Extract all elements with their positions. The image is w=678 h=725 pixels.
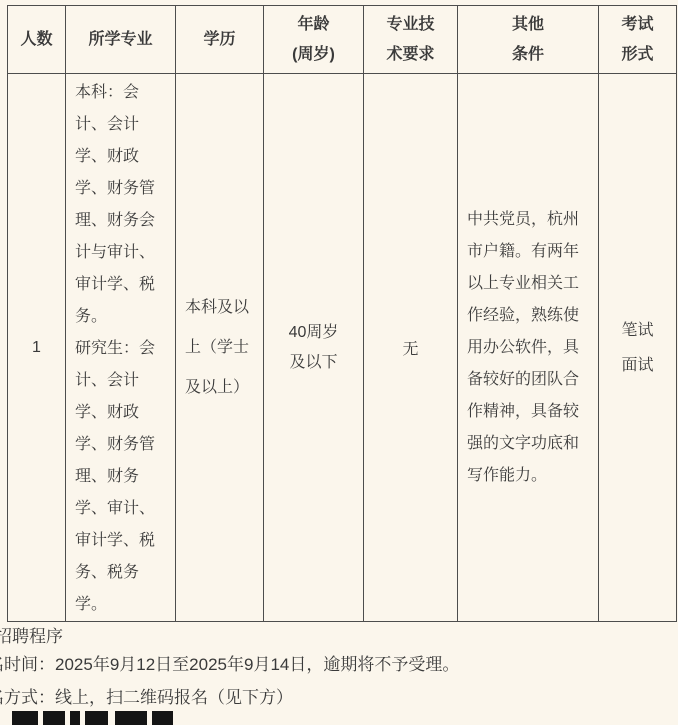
cell-other-conditions: 中共党员，杭州 市户籍。有两年 以上专业相关工 作经验，熟练使 用办公软件，具 … xyxy=(458,74,599,622)
cell-major: 本科：会 计、会计 学、财政 学、财务管 理、财务会 计与审计、 审计学、税 务… xyxy=(66,74,176,622)
clipped-glyph-top xyxy=(12,711,38,725)
footer-registration-method: 报名方式：线上，扫二维码报名（见下方） xyxy=(0,688,293,708)
cell-education: 本科及以 上（学士 及以上） xyxy=(176,74,264,622)
clipped-glyph-top xyxy=(85,711,108,725)
header-other-conditions: 其他 条件 xyxy=(458,6,599,74)
header-count: 人数 xyxy=(8,6,66,74)
recruitment-table: 人数 所学专业 学历 年龄 (周岁) 专业技 术要求 其他 条件 考试 形式 1… xyxy=(7,5,677,622)
cell-exam-format: 笔试 面试 xyxy=(599,74,677,622)
cell-tech-requirement: 无 xyxy=(364,74,458,622)
header-major: 所学专业 xyxy=(66,6,176,74)
clipped-glyph-top xyxy=(152,711,173,725)
clipped-glyph-top xyxy=(70,711,80,725)
table-row: 1 本科：会 计、会计 学、财政 学、财务管 理、财务会 计与审计、 审计学、税… xyxy=(8,74,677,622)
clipped-glyph-top xyxy=(43,711,65,725)
table-header-row: 人数 所学专业 学历 年龄 (周岁) 专业技 术要求 其他 条件 考试 形式 xyxy=(8,6,677,74)
clipped-bold-heading-fragment xyxy=(12,711,173,725)
clipped-glyph-top xyxy=(115,711,147,725)
cell-count: 1 xyxy=(8,74,66,622)
footer-registration-time: 报名时间：2025年9月12日至2025年9月14日，逾期将不予受理。 xyxy=(0,655,459,675)
header-tech-requirement: 专业技 术要求 xyxy=(364,6,458,74)
footer-recruitment-procedure-heading: 招聘程序 xyxy=(0,627,63,647)
cell-age: 40周岁 及以下 xyxy=(264,74,364,622)
header-education: 学历 xyxy=(176,6,264,74)
header-exam-format: 考试 形式 xyxy=(599,6,677,74)
header-age: 年龄 (周岁) xyxy=(264,6,364,74)
page: 人数 所学专业 学历 年龄 (周岁) 专业技 术要求 其他 条件 考试 形式 1… xyxy=(0,0,678,725)
